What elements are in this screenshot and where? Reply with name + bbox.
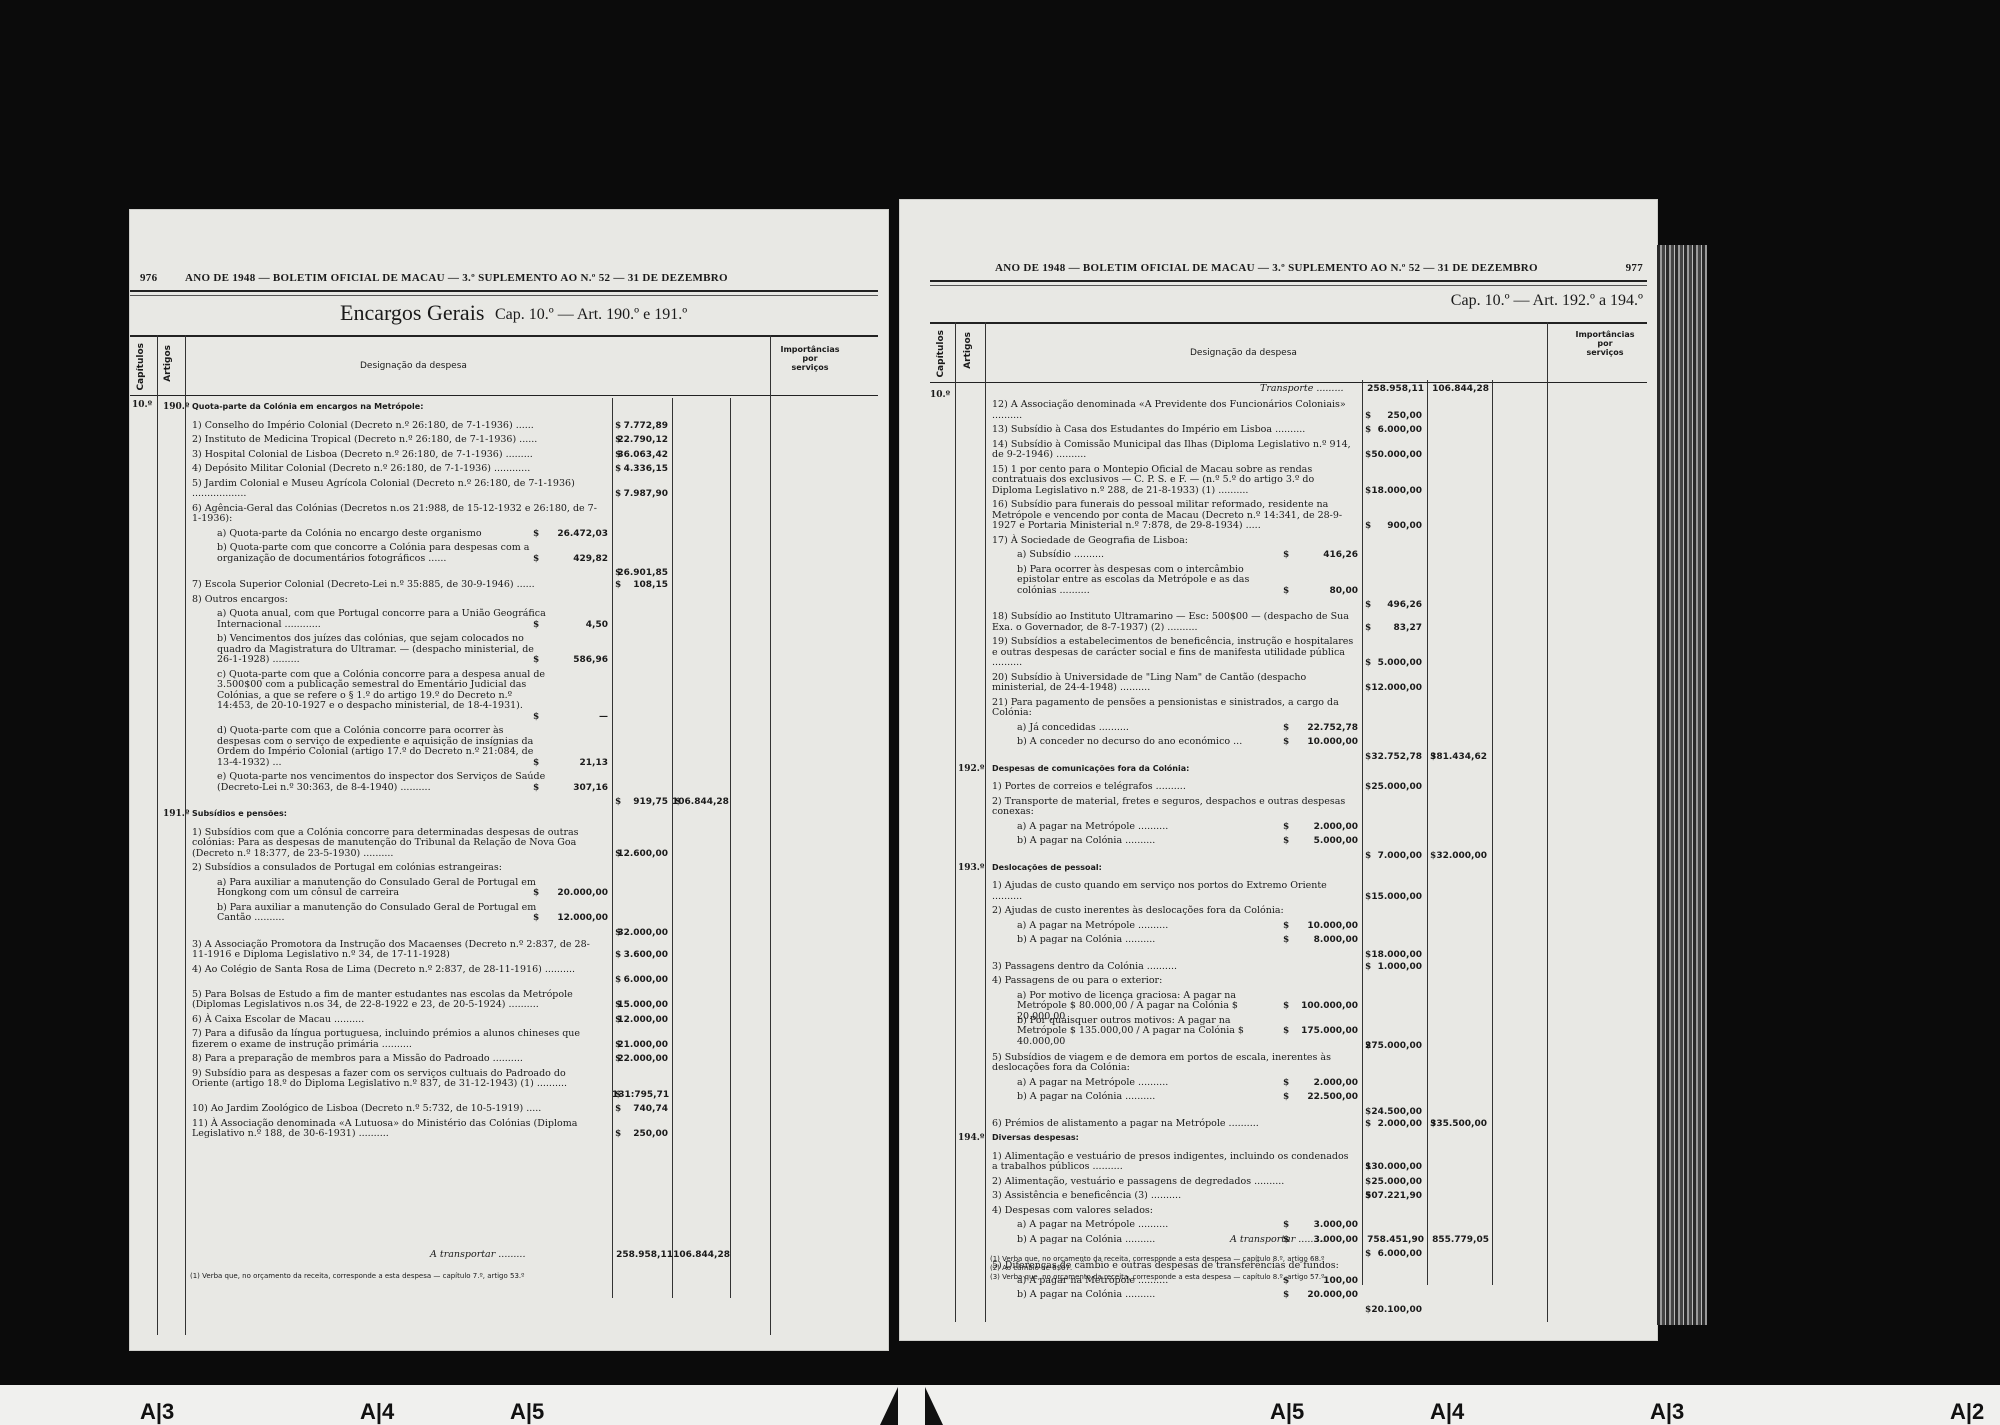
- dollar-sign: $: [615, 489, 621, 499]
- dollar-sign: $: [615, 435, 621, 445]
- expense-item: a) Para auxiliar a manutenção do Consula…: [217, 878, 547, 899]
- dollar-sign: $: [1365, 1305, 1371, 1315]
- dollar-sign: $: [1365, 892, 1371, 902]
- header-imp-1: Importâncias: [775, 345, 845, 354]
- amount-sub: 2.000,00: [1280, 1078, 1358, 1088]
- expense-item: 6) À Caixa Escolar de Macau ..........: [192, 1015, 602, 1026]
- dollar-sign: $: [1283, 1092, 1289, 1102]
- dollar-sign: $: [1283, 723, 1289, 733]
- amount-sub: 416,26: [1280, 550, 1358, 560]
- dollar-sign: $: [1283, 1026, 1289, 1036]
- dollar-sign: $: [1365, 600, 1371, 610]
- expense-item: 16) Subsídio para funerais do pessoal mi…: [992, 500, 1357, 532]
- expense-item: 18) Subsídio ao Instituto Ultramarino — …: [992, 612, 1357, 633]
- amount-sub: 3.000,00: [1280, 1220, 1358, 1230]
- dollar-sign: $: [615, 1090, 621, 1100]
- dollar-sign: $: [1365, 425, 1371, 435]
- dollar-sign: $: [1365, 782, 1371, 792]
- dollar-sign: $: [615, 975, 621, 985]
- expense-item: 4) Despesas com valores selados:: [992, 1206, 1357, 1217]
- expense-item: 2) Transporte de material, fretes e segu…: [992, 797, 1357, 818]
- dollar-sign: $: [1283, 1001, 1289, 1011]
- dollar-sign: $: [1365, 623, 1371, 633]
- section-title: Encargos Gerais: [340, 300, 484, 326]
- capitulo-label: 10.º: [132, 400, 152, 410]
- running-head-title: ANO DE 1948 — BOLETIM OFICIAL DE MACAU —…: [185, 272, 728, 284]
- arrow-left-icon: [880, 1387, 898, 1425]
- running-head-title: ANO DE 1948 — BOLETIM OFICIAL DE MACAU —…: [995, 262, 1538, 274]
- expense-item: 19) Subsídios a estabelecimentos de bene…: [992, 637, 1357, 669]
- ruler-mark: A|3: [1650, 1399, 1684, 1425]
- expense-item: a) Quota anual, com que Portugal concorr…: [217, 609, 547, 630]
- expense-item: 10) Ao Jardim Zoológico de Lisboa (Decre…: [192, 1104, 602, 1115]
- dollar-sign: $: [615, 849, 621, 859]
- transport-in-c1: 258.958,11: [1362, 384, 1424, 394]
- expense-item: 4) Passagens de ou para o exterior:: [992, 976, 1357, 987]
- dollar-sign: $: [533, 529, 539, 539]
- expense-item: 2) Instituto de Medicina Tropical (Decre…: [192, 435, 602, 446]
- dollar-sign: $: [1365, 851, 1371, 861]
- expense-item: b) A pagar na Colónia ..........: [1017, 1092, 1272, 1103]
- expense-item: b) A pagar na Colónia ..........: [1017, 1290, 1272, 1301]
- header-imp-3: serviços: [1570, 348, 1640, 357]
- expense-item: 6) Agência-Geral das Colónias (Decretos …: [192, 504, 602, 525]
- dollar-sign: $: [533, 913, 539, 923]
- amount-sub: 4,50: [530, 620, 608, 630]
- expense-item: b) Por quaisquer outros motivos: A pagar…: [1017, 1016, 1272, 1048]
- amount-sub: 22.752,78: [1280, 723, 1358, 733]
- expense-item: b) Para auxiliar a manutenção do Consula…: [217, 903, 547, 924]
- dollar-sign: $: [1365, 486, 1371, 496]
- dollar-sign: $: [1365, 1162, 1371, 1172]
- artigo-label: 190.º: [163, 402, 189, 412]
- header-artigos: Artigos: [163, 345, 173, 382]
- expense-item: 1) Portes de correios e telégrafos .....…: [992, 782, 1357, 793]
- dollar-sign: $: [533, 554, 539, 564]
- dollar-sign: $: [1365, 521, 1371, 531]
- expense-item: 1) Conselho do Império Colonial (Decreto…: [192, 421, 602, 432]
- dollar-sign: $: [1365, 1041, 1371, 1051]
- footnote-2: (2) Ao câmbio de 6$07.: [990, 1264, 1072, 1272]
- article-heading: Quota-parte da Colónia em encargos na Me…: [192, 402, 602, 413]
- dollar-sign: $: [615, 950, 621, 960]
- dollar-sign: $: [1365, 950, 1371, 960]
- amount-sub: 307,16: [530, 783, 608, 793]
- article-heading: Subsídios e pensões:: [192, 809, 602, 820]
- amount-sub: 586,96: [530, 655, 608, 665]
- dollar-sign: $: [1365, 658, 1371, 668]
- header-artigos: Artigos: [963, 332, 973, 369]
- expense-item: 3) Hospital Colonial de Lisboa (Decreto …: [192, 450, 602, 461]
- running-head: 976 ANO DE 1948 — BOLETIM OFICIAL DE MAC…: [130, 272, 888, 292]
- header-imp-2: por: [1570, 339, 1640, 348]
- amount-sub: 20.000,00: [1280, 1290, 1358, 1300]
- header-designacao: Designação da despesa: [360, 361, 467, 371]
- expense-item: 5) Jardim Colonial e Museu Agrícola Colo…: [192, 479, 602, 500]
- amount-sub: 21,13: [530, 758, 608, 768]
- expense-item: 2) Subsídios a consulados de Portugal em…: [192, 863, 602, 874]
- dollar-sign: $: [533, 620, 539, 630]
- dollar-sign: $: [1283, 935, 1289, 945]
- expense-item: 14) Subsídio à Comissão Municipal das Il…: [992, 440, 1357, 461]
- book-spine: [1657, 245, 1707, 1325]
- expense-item: 8) Outros encargos:: [192, 595, 602, 606]
- expense-item: b) A pagar na Colónia ..........: [1017, 836, 1272, 847]
- expense-item: 8) Para a preparação de membros para a M…: [192, 1054, 602, 1065]
- dollar-sign: $: [533, 783, 539, 793]
- amount-sub: —: [530, 712, 608, 722]
- expense-item: a) A pagar na Metrópole ..........: [1017, 822, 1272, 833]
- dollar-sign: $: [675, 797, 681, 807]
- dollar-sign: $: [615, 1040, 621, 1050]
- amount-sub: 10.000,00: [1280, 921, 1358, 931]
- expense-item: 2) Alimentação, vestuário e passagens de…: [992, 1177, 1357, 1188]
- dollar-sign: $: [1365, 411, 1371, 421]
- expense-item: e) Quota-parte nos vencimentos do inspec…: [217, 772, 547, 793]
- dollar-sign: $: [1365, 1119, 1371, 1129]
- dollar-sign: $: [1365, 962, 1371, 972]
- expense-item: b) A conceder no decurso do ano económic…: [1017, 737, 1272, 748]
- dollar-sign: $: [1283, 822, 1289, 832]
- expense-item: 21) Para pagamento de pensões a pensioni…: [992, 698, 1357, 719]
- expense-item: 6) Prémios de alistamento a pagar na Met…: [992, 1119, 1357, 1130]
- right-page: ANO DE 1948 — BOLETIM OFICIAL DE MACAU —…: [900, 200, 1657, 1340]
- dollar-sign: $: [1365, 1249, 1371, 1259]
- divider: [930, 280, 1647, 286]
- expense-item: a) Subsídio ..........: [1017, 550, 1272, 561]
- footnote: (1) Verba que, no orçamento da receita, …: [190, 1272, 524, 1280]
- expense-item: 20) Subsídio à Universidade de "Ling Nam…: [992, 673, 1357, 694]
- dollar-sign: $: [1430, 752, 1436, 762]
- artigo-label: 191.º: [163, 809, 189, 819]
- dollar-sign: $: [1365, 1107, 1371, 1117]
- dollar-sign: $: [615, 450, 621, 460]
- dollar-sign: $: [533, 888, 539, 898]
- dollar-sign: $: [615, 1129, 621, 1139]
- dollar-sign: $: [615, 928, 621, 938]
- amount-sub: 175.000,00: [1280, 1026, 1358, 1036]
- expense-item: a) A pagar na Metrópole ..........: [1017, 921, 1272, 932]
- dollar-sign: $: [1365, 683, 1371, 693]
- dollar-sign: $: [615, 421, 621, 431]
- transport-c1: 258.958,11: [608, 1250, 673, 1260]
- cap-title: Cap. 10.º — Art. 192.º a 194.º: [1451, 292, 1643, 310]
- amount-sub: 5.000,00: [1280, 836, 1358, 846]
- expense-item: b) A pagar na Colónia ..........: [1017, 935, 1272, 946]
- dollar-sign: $: [615, 1104, 621, 1114]
- ruler-mark: A|5: [1270, 1399, 1304, 1425]
- dollar-sign: $: [1283, 921, 1289, 931]
- article-heading: Deslocações de pessoal:: [992, 863, 1357, 874]
- transport-in-label: Transporte .........: [1260, 384, 1344, 395]
- header-capitulos: Capítulos: [936, 330, 946, 378]
- film-edge-ruler: A|3 A|4 A|5 A|5 A|4 A|3 A|2: [0, 1385, 2000, 1425]
- dollar-sign: $: [1283, 550, 1289, 560]
- dollar-sign: $: [1365, 1177, 1371, 1187]
- expense-item: 3) A Associação Promotora da Instrução d…: [192, 940, 602, 961]
- expense-item: 15) 1 por cento para o Montepio Oficial …: [992, 465, 1357, 497]
- transport-label: A transportar .........: [430, 1250, 525, 1261]
- expense-item: 3) Passagens dentro da Colónia .........…: [992, 962, 1357, 973]
- dollar-sign: $: [533, 655, 539, 665]
- ruler-mark: A|5: [510, 1399, 544, 1425]
- amount-sub: 26.472,03: [530, 529, 608, 539]
- expense-item: 1) Alimentação e vestuário de presos ind…: [992, 1152, 1357, 1173]
- expense-item: 9) Subsídio para as despesas a fazer com…: [192, 1069, 602, 1090]
- expense-item: d) Quota-parte com que a Colónia concorr…: [217, 726, 547, 768]
- dollar-sign: $: [1365, 752, 1371, 762]
- transport-label: A transportar .........: [1230, 1235, 1325, 1246]
- expense-item: 5) Subsídios de viagem e de demora em po…: [992, 1053, 1357, 1074]
- dollar-sign: $: [1430, 1119, 1436, 1129]
- ruler-mark: A|4: [1430, 1399, 1464, 1425]
- transport-c1: 758.451,90: [1362, 1235, 1424, 1245]
- dollar-sign: $: [1283, 1078, 1289, 1088]
- header-imp-1: Importâncias: [1570, 330, 1640, 339]
- dollar-sign: $: [615, 464, 621, 474]
- table-header: Capítulos Artigos Designação da despesa …: [130, 335, 878, 396]
- expense-item: 4) Depósito Militar Colonial (Decreto n.…: [192, 464, 602, 475]
- table-header: Capítulos Artigos Designação da despesa …: [930, 322, 1647, 383]
- header-importancias: Importâncias por serviços: [775, 345, 845, 372]
- transport-c2: 106.844,28: [670, 1250, 730, 1260]
- capitulo-label: 10.º: [930, 390, 950, 400]
- expense-item: b) Quota-parte com que concorre a Colóni…: [217, 543, 547, 564]
- artigo-label: 193.º: [958, 863, 984, 873]
- expense-item: c) Quota-parte com que a Colónia concorr…: [217, 670, 547, 712]
- page-number: 977: [1626, 262, 1643, 274]
- dollar-sign: $: [615, 797, 621, 807]
- amount-sub: 2.000,00: [1280, 822, 1358, 832]
- expense-item: 3) Assistência e beneficência (3) ......…: [992, 1191, 1357, 1202]
- expense-item: a) A pagar na Metrópole ..........: [1017, 1220, 1272, 1231]
- dollar-sign: $: [1283, 1290, 1289, 1300]
- header-capitulos: Capítulos: [136, 343, 146, 391]
- transport-c2: 855.779,05: [1427, 1235, 1489, 1245]
- expense-item: 1) Ajudas de custo quando em serviço nos…: [992, 881, 1357, 902]
- expense-item: 11) À Associação denominada «A Lutuosa» …: [192, 1119, 602, 1140]
- dollar-sign: $: [1283, 737, 1289, 747]
- footnote-1: (1) Verba que, no orçamento da receita, …: [990, 1255, 1324, 1263]
- amount-sub: 429,82: [530, 554, 608, 564]
- artigo-label: 192.º: [958, 764, 984, 774]
- left-page: 976 ANO DE 1948 — BOLETIM OFICIAL DE MAC…: [130, 210, 888, 1350]
- running-head: ANO DE 1948 — BOLETIM OFICIAL DE MACAU —…: [900, 262, 1657, 282]
- amount-sub: 8.000,00: [1280, 935, 1358, 945]
- ruler-mark: A|4: [360, 1399, 394, 1425]
- ruler-mark: A|2: [1950, 1399, 1984, 1425]
- amount-sub: 20.000,00: [530, 888, 608, 898]
- dollar-sign: $: [615, 568, 621, 578]
- article-heading: Despesas de comunicações fora da Colónia…: [992, 764, 1357, 775]
- dollar-sign: $: [615, 1015, 621, 1025]
- header-designacao: Designação da despesa: [1190, 348, 1297, 358]
- expense-item: 1) Subsídios com que a Colónia concorre …: [192, 828, 602, 860]
- amount-sub: 12.000,00: [530, 913, 608, 923]
- expense-item: a) Quota-parte da Colónia no encargo des…: [217, 529, 547, 540]
- amount-sub: 22.500,00: [1280, 1092, 1358, 1102]
- expense-item: a) Já concedidas ..........: [1017, 723, 1272, 734]
- artigo-label: 194.º: [958, 1133, 984, 1143]
- transport-in-c2: 106.844,28: [1427, 384, 1489, 394]
- dollar-sign: $: [1283, 1220, 1289, 1230]
- expense-item: 2) Ajudas de custo inerentes às deslocaç…: [992, 906, 1357, 917]
- dollar-sign: $: [615, 1054, 621, 1064]
- cap-title: Cap. 10.º — Art. 190.º e 191.º: [495, 306, 687, 324]
- expense-item: 12) A Associação denominada «A Prevident…: [992, 400, 1357, 421]
- expense-item: 17) À Sociedade de Geografia de Lisboa:: [992, 536, 1357, 547]
- header-importancias: Importâncias por serviços: [1570, 330, 1640, 357]
- expense-item: a) A pagar na Metrópole ..........: [1017, 1078, 1272, 1089]
- ruler-mark: A|3: [140, 1399, 174, 1425]
- amount-sub: 10.000,00: [1280, 737, 1358, 747]
- dollar-sign: $: [615, 1000, 621, 1010]
- dollar-sign: $: [615, 580, 621, 590]
- page-number: 976: [140, 272, 157, 284]
- dollar-sign: $: [1430, 851, 1436, 861]
- expense-item: b) Para ocorrer às despesas com o interc…: [1017, 565, 1272, 597]
- arrow-right-icon: [925, 1387, 943, 1425]
- header-imp-3: serviços: [775, 363, 845, 372]
- expense-item: 5) Para Bolsas de Estudo a fim de manter…: [192, 990, 602, 1011]
- expense-item: 4) Ao Colégio de Santa Rosa de Lima (Dec…: [192, 965, 602, 976]
- dollar-sign: $: [1283, 586, 1289, 596]
- amount-sub: 100.000,00: [1280, 1001, 1358, 1011]
- divider: [130, 290, 878, 296]
- dollar-sign: $: [533, 712, 539, 722]
- dollar-sign: $: [1365, 1191, 1371, 1201]
- dollar-sign: $: [1283, 836, 1289, 846]
- dollar-sign: $: [1365, 450, 1371, 460]
- header-imp-2: por: [775, 354, 845, 363]
- expense-item: 7) Escola Superior Colonial (Decreto-Lei…: [192, 580, 602, 591]
- expense-item: 13) Subsídio à Casa dos Estudantes do Im…: [992, 425, 1357, 436]
- footnote-3: (3) Verba que, no orçamento da receita, …: [990, 1273, 1324, 1281]
- amount-sub: 80,00: [1280, 586, 1358, 596]
- expense-item: 7) Para a difusão da língua portuguesa, …: [192, 1029, 602, 1050]
- article-heading: Diversas despesas:: [992, 1133, 1357, 1144]
- expense-item: b) Vencimentos dos juízes das colónias, …: [217, 634, 547, 666]
- dollar-sign: $: [533, 758, 539, 768]
